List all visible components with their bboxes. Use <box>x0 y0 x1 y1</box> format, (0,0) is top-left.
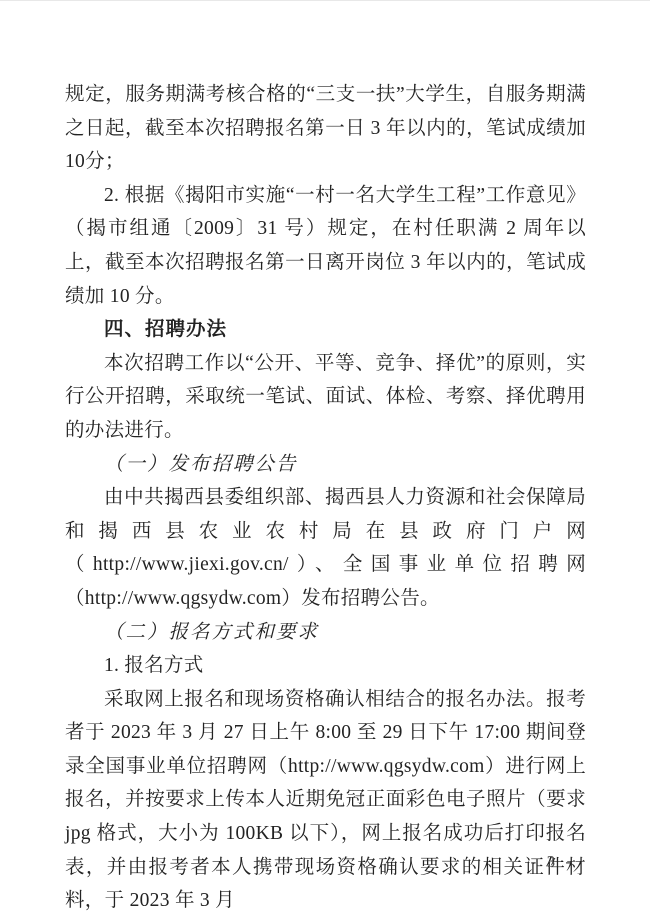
paragraph-announcement-sites: 由中共揭西县委组织部、揭西县人力资源和社会保障局和揭西县农业农村局在县政府门户网… <box>65 481 586 615</box>
paragraph-continuation: 规定，服务期满考核合格的“三支一扶”大学生，自服务期满之日起，截至本次招聘报名第… <box>65 78 586 179</box>
subsection-heading-registration: （二）报名方式和要求 <box>65 616 586 650</box>
page-number: - 3 - <box>531 852 574 872</box>
document-page: 规定，服务期满考核合格的“三支一扶”大学生，自服务期满之日起，截至本次招聘报名第… <box>0 0 650 919</box>
paragraph-registration-method-label: 1. 报名方式 <box>65 649 586 683</box>
paragraph-registration-details: 采取网上报名和现场资格确认相结合的报名办法。报考者于 2023 年 3 月 27… <box>65 683 586 918</box>
section-heading-recruitment-method: 四、招聘办法 <box>65 313 586 347</box>
paragraph-bonus-rule-2: 2. 根据《揭阳市实施“一村一名大学生工程”工作意见》（揭市组通〔2009〕31… <box>65 179 586 313</box>
document-body: 规定，服务期满考核合格的“三支一扶”大学生，自服务期满之日起，截至本次招聘报名第… <box>65 78 586 918</box>
subsection-heading-announcement: （一）发布招聘公告 <box>65 448 586 482</box>
paragraph-principles: 本次招聘工作以“公开、平等、竞争、择优”的原则，实行公开招聘，采取统一笔试、面试… <box>65 347 586 448</box>
